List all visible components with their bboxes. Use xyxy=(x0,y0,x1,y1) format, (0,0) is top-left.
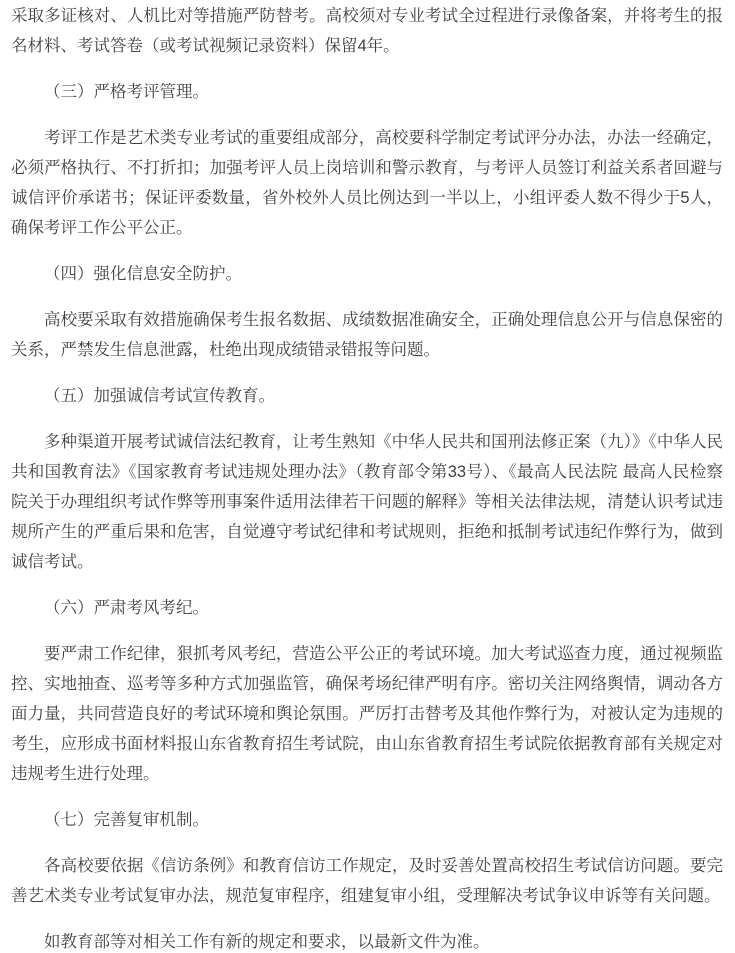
section-heading-7: （七）完善复审机制。 xyxy=(11,805,723,835)
closing-note: 如教育部等对相关工作有新的规定和要求，以最新文件为准。 xyxy=(11,927,723,953)
section-5-paragraph: 多种渠道开展考试诚信法纪教育，让考生熟知《中华人民共和国刑法修正案（九）》《中华… xyxy=(11,427,723,577)
section-heading-6: （六）严肃考风考纪。 xyxy=(11,593,723,623)
section-7-paragraph: 各高校要依据《信访条例》和教育信访工作规定，及时妥善处置高校招生考试信访问题。要… xyxy=(11,851,723,911)
article-page: 采取多证核对、人机比对等措施严防替考。高校须对专业考试全过程进行录像备案，并将考… xyxy=(0,0,735,953)
section-heading-3: （三）严格考评管理。 xyxy=(11,77,723,107)
section-heading-5: （五）加强诚信考试宣传教育。 xyxy=(11,381,723,411)
section-3-paragraph: 考评工作是艺术类专业考试的重要组成部分，高校要科学制定考试评分办法，办法一经确定… xyxy=(11,123,723,243)
section-heading-4: （四）强化信息安全防护。 xyxy=(11,259,723,289)
body-text-continuation: 采取多证核对、人机比对等措施严防替考。高校须对专业考试全过程进行录像备案，并将考… xyxy=(11,1,723,61)
section-4-paragraph: 高校要采取有效措施确保考生报名数据、成绩数据准确安全，正确处理信息公开与信息保密… xyxy=(11,305,723,365)
section-6-paragraph: 要严肃工作纪律，狠抓考风考纪，营造公平公正的考试环境。加大考试巡查力度，通过视频… xyxy=(11,639,723,789)
